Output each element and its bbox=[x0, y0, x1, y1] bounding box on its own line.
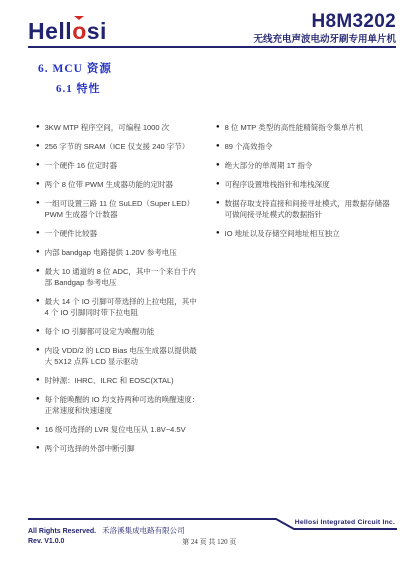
rights-reserved: All Rights Reserved. bbox=[28, 528, 96, 535]
bullet-icon: ● bbox=[36, 394, 40, 416]
rights-line: All Rights Reserved. 禾洛溪集成电路有限公司 bbox=[28, 525, 397, 536]
feature-item: ● 每个 IO 引脚都可设定为唤醒功能 bbox=[36, 326, 202, 337]
company-name-cn: 禾洛溪集成电路有限公司 bbox=[102, 525, 185, 536]
page-footer: Hellosi Integrated Circuit Inc. All Righ… bbox=[28, 517, 397, 553]
product-subtitle: 无线充电声波电动牙刷专用单片机 bbox=[253, 35, 396, 45]
bullet-icon: ● bbox=[36, 266, 40, 288]
bullet-icon: ● bbox=[36, 122, 40, 133]
feature-text: 256 字节的 SRAM（ICE 仅支援 240 字节） bbox=[45, 141, 190, 152]
feature-text: 一个硬件 16 位定时器 bbox=[45, 160, 118, 171]
subsection-title: 6.1 特性 bbox=[56, 80, 390, 96]
bullet-icon: ● bbox=[216, 179, 220, 190]
bullet-icon: ● bbox=[36, 345, 40, 367]
feature-item: ● 两个 8 位带 PWM 生成器功能的定时器 bbox=[36, 179, 202, 190]
bullet-icon: ● bbox=[36, 198, 40, 220]
feature-item: ● 16 级可选择的 LVR 复位电压从 1.8V~4.5V bbox=[36, 424, 202, 435]
bullet-icon: ● bbox=[36, 160, 40, 171]
feature-text: 每个能唤醒的 IO 均支持两种可选的唤醒速度：正常速度和快速速度 bbox=[45, 394, 202, 416]
feature-item: ● 内设 VDD/2 的 LCD Bias 电压生成器以提供最大 5X12 点阵… bbox=[36, 345, 202, 367]
logo-accent-o-icon: o bbox=[72, 20, 87, 43]
feature-text: 两个 8 位带 PWM 生成器功能的定时器 bbox=[45, 179, 173, 190]
feature-text: IO 地址以及存储空间地址相互独立 bbox=[225, 228, 340, 239]
feature-text: 数据存取支持直接和间接寻址模式，用数据存储器可做间接寻址模式的数据指针 bbox=[225, 198, 390, 220]
section-headings: 6. MCU 资源 6.1 特性 bbox=[38, 60, 390, 96]
feature-text: 绝大部分的单周期 1T 指令 bbox=[225, 160, 313, 171]
features-right-column: ● 8 位 MTP 类型的高性能精简指令集单片机 ● 89 个高效指令 ● 绝大… bbox=[216, 122, 390, 462]
footer-text-row: All Rights Reserved. 禾洛溪集成电路有限公司 Rev. V1… bbox=[28, 525, 397, 545]
features-left-column: ● 3KW MTP 程序空间，可编程 1000 次 ● 256 字节的 SRAM… bbox=[36, 122, 202, 462]
page-number: 第 24 页 共 120 页 bbox=[182, 537, 236, 547]
feature-text: 8 位 MTP 类型的高性能精简指令集单片机 bbox=[225, 122, 364, 133]
bullet-icon: ● bbox=[36, 179, 40, 190]
feature-item: ● 最大 10 通道的 8 位 ADC，其中一个来自于内部 Bandgap 参考… bbox=[36, 266, 202, 288]
hellosi-logo: Hellosi bbox=[28, 20, 107, 46]
feature-item: ● 最大 14 个 IO 引脚可带选择的上拉电阻，其中 4 个 IO 引脚同时带… bbox=[36, 296, 202, 318]
feature-item: ● 一个硬件比较器 bbox=[36, 228, 202, 239]
feature-text: 每个 IO 引脚都可设定为唤醒功能 bbox=[45, 326, 155, 337]
bullet-icon: ● bbox=[36, 443, 40, 454]
feature-item: ● 时钟源：IHRC、ILRC 和 EOSC(XTAL) bbox=[36, 375, 202, 386]
datasheet-page: Hellosi H8M3202 无线充电声波电动牙刷专用单片机 6. MCU 资… bbox=[0, 0, 400, 565]
feature-text: 两个可选择的外部中断引脚 bbox=[45, 443, 135, 454]
feature-text: 一个硬件比较器 bbox=[45, 228, 98, 239]
feature-item: ● 一组可设置三路 11 位 SuLED（Super LED）PWM 生成器个计… bbox=[36, 198, 202, 220]
feature-item: ● 每个能唤醒的 IO 均支持两种可选的唤醒速度：正常速度和快速速度 bbox=[36, 394, 202, 416]
bullet-icon: ● bbox=[36, 375, 40, 386]
feature-text: 89 个高效指令 bbox=[225, 141, 273, 152]
bullet-icon: ● bbox=[36, 296, 40, 318]
bullet-icon: ● bbox=[216, 141, 220, 152]
feature-item: ● 一个硬件 16 位定时器 bbox=[36, 160, 202, 171]
feature-text: 最大 10 通道的 8 位 ADC，其中一个来自于内部 Bandgap 参考电压 bbox=[45, 266, 202, 288]
section-title: 6. MCU 资源 bbox=[38, 60, 390, 76]
bullet-icon: ● bbox=[36, 326, 40, 337]
feature-item: ● 两个可选择的外部中断引脚 bbox=[36, 443, 202, 454]
feature-text: 一组可设置三路 11 位 SuLED（Super LED）PWM 生成器个计数器 bbox=[45, 198, 202, 220]
feature-item: ● 内部 bandgap 电路提供 1.20V 参考电压 bbox=[36, 247, 202, 258]
bullet-icon: ● bbox=[36, 141, 40, 152]
feature-item: ● IO 地址以及存储空间地址相互独立 bbox=[216, 228, 390, 239]
feature-text: 时钟源：IHRC、ILRC 和 EOSC(XTAL) bbox=[45, 375, 174, 386]
feature-text: 内设 VDD/2 的 LCD Bias 电压生成器以提供最大 5X12 点阵 L… bbox=[45, 345, 202, 367]
logo-text-left: Hell bbox=[28, 18, 72, 44]
bullet-icon: ● bbox=[36, 424, 40, 435]
feature-text: 16 级可选择的 LVR 复位电压从 1.8V~4.5V bbox=[45, 424, 186, 435]
feature-text: 最大 14 个 IO 引脚可带选择的上拉电阻，其中 4 个 IO 引脚同时带下拉… bbox=[45, 296, 202, 318]
bullet-icon: ● bbox=[216, 228, 220, 239]
page-header: Hellosi H8M3202 无线充电声波电动牙刷专用单片机 bbox=[28, 0, 396, 48]
feature-text: 可程序设置堆栈指针和堆栈深度 bbox=[225, 179, 330, 190]
bullet-icon: ● bbox=[216, 122, 220, 133]
bullet-icon: ● bbox=[36, 247, 40, 258]
feature-item: ● 8 位 MTP 类型的高性能精简指令集单片机 bbox=[216, 122, 390, 133]
feature-item: ● 3KW MTP 程序空间，可编程 1000 次 bbox=[36, 122, 202, 133]
bullet-icon: ● bbox=[36, 228, 40, 239]
bullet-icon: ● bbox=[216, 198, 220, 220]
title-block: H8M3202 无线充电声波电动牙刷专用单片机 bbox=[253, 12, 396, 46]
bullet-icon: ● bbox=[216, 160, 220, 171]
features-area: ● 3KW MTP 程序空间，可编程 1000 次 ● 256 字节的 SRAM… bbox=[36, 122, 390, 462]
feature-item: ● 数据存取支持直接和间接寻址模式，用数据存储器可做间接寻址模式的数据指针 bbox=[216, 198, 390, 220]
product-name: H8M3202 bbox=[253, 12, 396, 33]
feature-item: ● 256 字节的 SRAM（ICE 仅支援 240 字节） bbox=[36, 141, 202, 152]
feature-text: 内部 bandgap 电路提供 1.20V 参考电压 bbox=[45, 247, 177, 258]
feature-item: ● 绝大部分的单周期 1T 指令 bbox=[216, 160, 390, 171]
feature-text: 3KW MTP 程序空间，可编程 1000 次 bbox=[45, 122, 169, 133]
logo-text-right: si bbox=[87, 18, 107, 44]
feature-item: ● 89 个高效指令 bbox=[216, 141, 390, 152]
feature-item: ● 可程序设置堆栈指针和堆栈深度 bbox=[216, 179, 390, 190]
